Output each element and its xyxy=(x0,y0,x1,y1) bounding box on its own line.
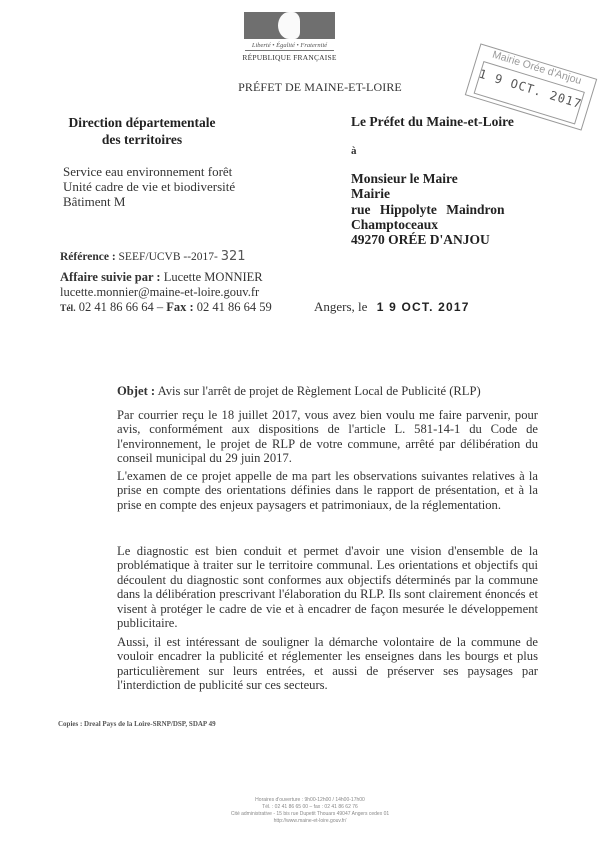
footer-line: Horaires d'ouverture : 9h00-12h00 / 14h0… xyxy=(200,797,420,804)
address-line: Monsieur le Maire xyxy=(351,171,505,186)
letter-subject: Objet : Avis sur l'arrêt de projet de Rè… xyxy=(117,384,481,399)
subject-label: Objet : xyxy=(117,384,155,398)
reference-value: SEEF/UCVB --2017- xyxy=(119,251,218,263)
footer: Horaires d'ouverture : 9h00-12h00 / 14h0… xyxy=(200,797,420,825)
sender-direction: Direction départementale des territoires xyxy=(62,114,222,148)
service-line: Bâtiment M xyxy=(63,194,235,209)
address-line: 49270 ORÉE D'ANJOU xyxy=(351,232,505,247)
marianne-profile-icon xyxy=(278,12,300,39)
motto-divider xyxy=(245,50,334,51)
direction-line-2: des territoires xyxy=(62,131,222,148)
copies-line: Copies : Dreal Pays de la Loire-SRNP/DSP… xyxy=(58,720,216,728)
tel-number: 02 41 86 66 64 xyxy=(79,300,154,314)
followed-name: Lucette MONNIER xyxy=(164,270,263,284)
paragraph: Le diagnostic est bien conduit et permet… xyxy=(117,544,538,630)
recipient-address: Monsieur le Maire Mairie rue Hippolyte M… xyxy=(351,171,505,247)
letter-from: Le Préfet du Maine-et-Loire xyxy=(351,114,514,130)
paragraph: Par courrier reçu le 18 juillet 2017, vo… xyxy=(117,408,538,466)
paragraph-text: Aussi, il est intéressant de souligner l… xyxy=(117,635,538,693)
motto: Liberté • Égalité • Fraternité xyxy=(241,42,338,49)
reference-label: Référence : xyxy=(60,251,116,263)
subject-text: Avis sur l'arrêt de projet de Règlement … xyxy=(158,384,481,398)
republique-francaise-logo: Liberté • Égalité • Fraternité RÉPUBLIQU… xyxy=(241,12,338,68)
followed-label: Affaire suivie par : xyxy=(60,270,161,284)
reference: Référence : SEEF/UCVB --2017- 321 xyxy=(60,249,246,264)
paragraph-text: Par courrier reçu le 18 juillet 2017, vo… xyxy=(117,408,538,466)
address-line: Mairie xyxy=(351,186,505,201)
address-line: Champtoceaux xyxy=(351,217,505,232)
fax-label: Fax : xyxy=(166,300,193,314)
date-stamp: 1 9 OCT. 2017 xyxy=(377,300,470,314)
republic-name: RÉPUBLIQUE FRANÇAISE xyxy=(241,53,338,62)
direction-line-1: Direction départementale xyxy=(62,114,222,131)
fax-number: 02 41 86 64 59 xyxy=(197,300,272,314)
letter-to-word: à xyxy=(351,145,357,157)
prefecture-heading: PRÉFET DE MAINE-ET-LOIRE xyxy=(200,80,440,95)
date-line: Angers, le 1 9 OCT. 2017 xyxy=(314,299,470,315)
paragraph-text: Le diagnostic est bien conduit et permet… xyxy=(117,544,538,630)
service-line: Service eau environnement forêt xyxy=(63,164,235,179)
footer-line: Tél. : 02 41 86 65 00 – fax : 02 41 86 6… xyxy=(200,804,420,811)
paragraph-text: L'examen de ce projet appelle de ma part… xyxy=(117,469,538,512)
tel-label: Tél. xyxy=(60,304,76,314)
footer-website-link[interactable]: http://www.maine-et-loire.gouv.fr/ xyxy=(200,818,420,825)
reference-handwritten-number: 321 xyxy=(221,249,246,264)
service-line: Unité cadre de vie et biodiversité xyxy=(63,179,235,194)
paragraph: L'examen de ce projet appelle de ma part… xyxy=(117,469,538,512)
address-line: rue Hippolyte Maindron xyxy=(351,202,505,217)
footer-line: Cité administrative - 15 bis rue Dupetit… xyxy=(200,811,420,818)
sender-service: Service eau environnement forêt Unité ca… xyxy=(63,164,235,209)
paragraph: Aussi, il est intéressant de souligner l… xyxy=(117,635,538,693)
contact-email[interactable]: lucette.monnier@maine-et-loire.gouv.fr xyxy=(60,285,272,300)
contact-block: Affaire suivie par : Lucette MONNIER luc… xyxy=(60,270,272,317)
date-place: Angers, le xyxy=(314,299,367,314)
